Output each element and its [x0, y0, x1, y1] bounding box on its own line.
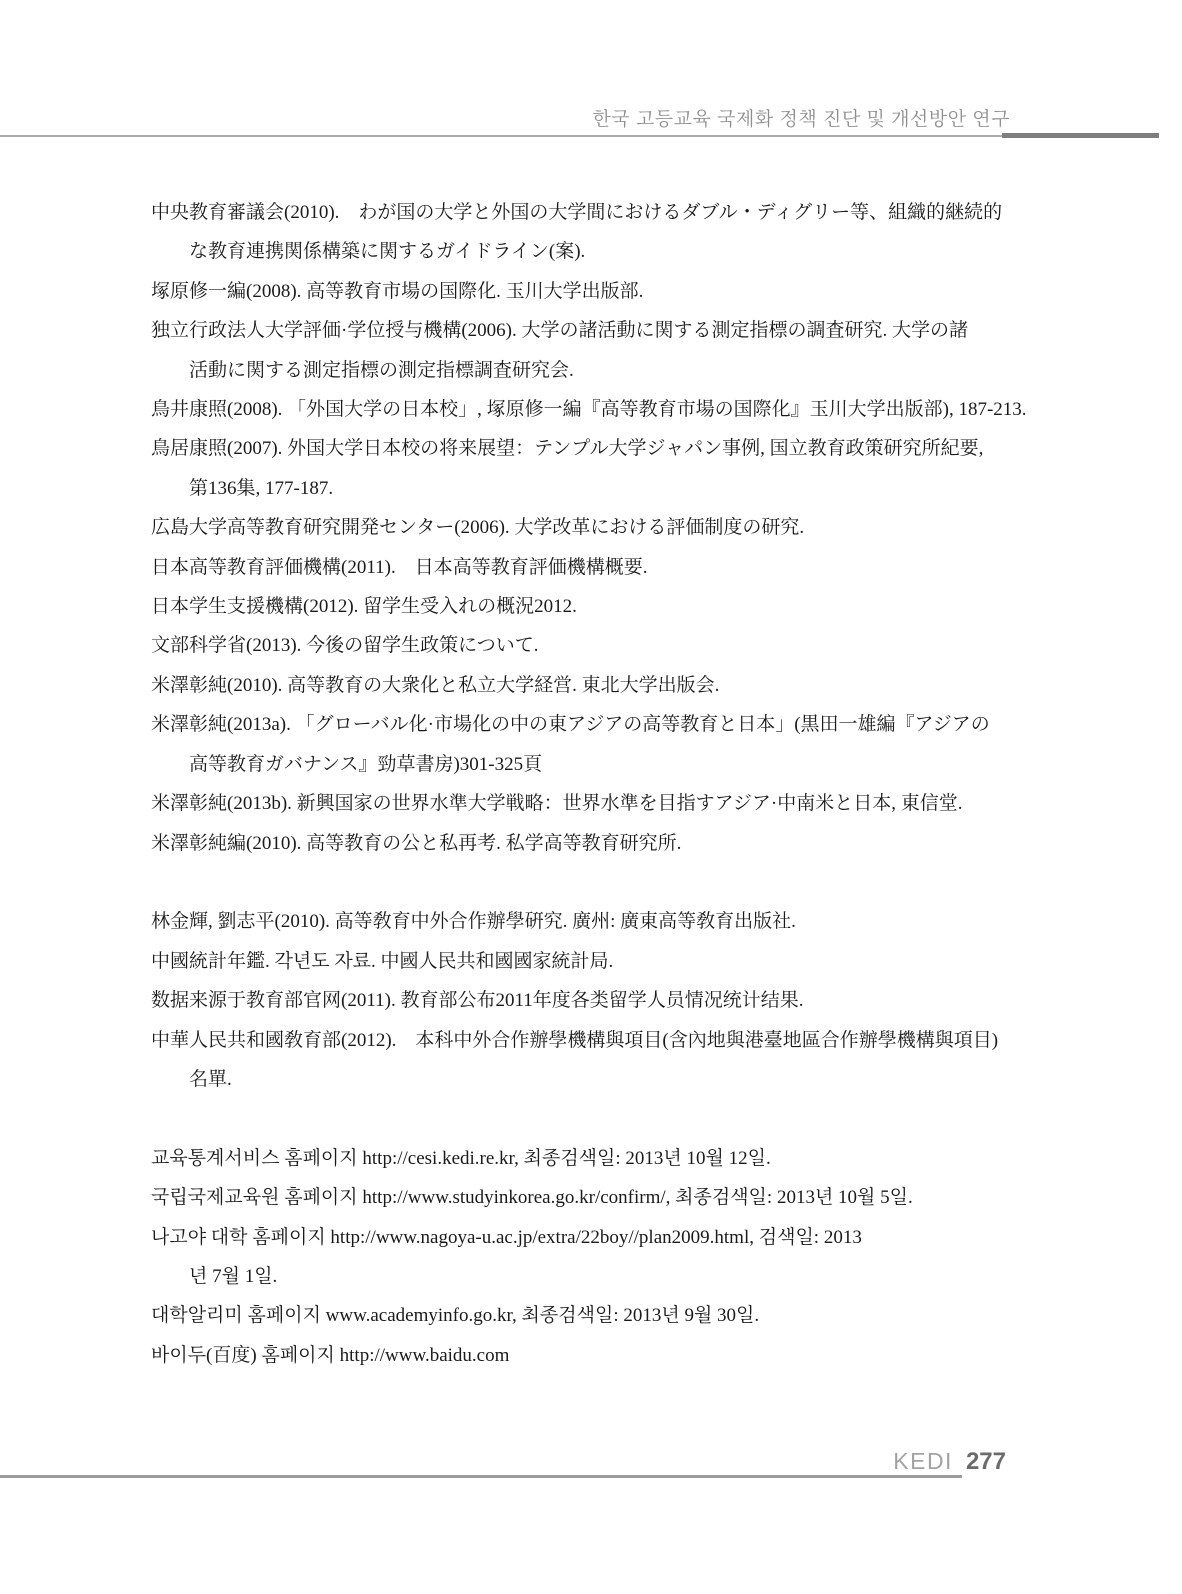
reference-section-korean-websites: 교육통계서비스 홈페이지 http://cesi.kedi.re.kr, 최종검…	[151, 1139, 1051, 1375]
reference-line: 교육통계서비스 홈페이지 http://cesi.kedi.re.kr, 최종검…	[151, 1139, 1051, 1178]
reference-line: 数据来源于教育部官网(2011). 教育部公布2011年度各类留学人员情况统计结…	[151, 981, 1051, 1020]
reference-item: 中華人民共和國敎育部(2012). 本科中外合作辦學機構與項目(含內地與港臺地區…	[151, 1021, 1051, 1100]
reference-item: 鳥井康照(2008). 「外国大学の日本校」, 塚原修一編『高等教育市場の国際化…	[151, 390, 1051, 429]
reference-line-continuation: 活動に関する測定指標の測定指標調査研究会.	[151, 351, 1051, 390]
reference-line-continuation: 년 7월 1일.	[151, 1257, 1051, 1296]
reference-line: 文部科学省(2013). 今後の留学生政策について.	[151, 626, 1051, 665]
reference-item: 林金輝, 劉志平(2010). 高等敎育中外合作辦學硏究. 廣州: 廣東高等敎育…	[151, 902, 1051, 941]
reference-line: 米澤彰純(2010). 高等教育の大衆化と私立大学経営. 東北大学出版会.	[151, 666, 1051, 705]
reference-line: 鳥居康照(2007). 外国大学日本校の将来展望：テンプル大学ジャパン事例, 国…	[151, 429, 1051, 468]
reference-item: 日本高等教育評価機構(2011). 日本高等教育評価機構概要.	[151, 548, 1051, 587]
footer-text: KEDI 277	[893, 1448, 1006, 1476]
reference-line: 나고야 대학 홈페이지 http://www.nagoya-u.ac.jp/ex…	[151, 1218, 1051, 1257]
running-title: 한국 고등교육 국제화 정책 진단 및 개선방안 연구	[592, 108, 1010, 132]
reference-line: 米澤彰純(2013a). 「グローバル化·市場化の中の東アジアの高等教育と日本」…	[151, 705, 1051, 744]
reference-item: 塚原修一編(2008). 高等教育市場の国際化. 玉川大学出版部.	[151, 272, 1051, 311]
reference-item: 米澤彰純(2010). 高等教育の大衆化と私立大学経営. 東北大学出版会.	[151, 666, 1051, 705]
reference-item: 日本学生支援機構(2012). 留学生受入れの概況2012.	[151, 587, 1051, 626]
reference-line: 米澤彰純編(2010). 高等教育の公と私再考. 私学高等教育研究所.	[151, 824, 1051, 863]
reference-item: 米澤彰純編(2010). 高等教育の公と私再考. 私学高等教育研究所.	[151, 824, 1051, 863]
reference-item: 대학알리미 홈페이지 www.academyinfo.go.kr, 최종검색일:…	[151, 1296, 1051, 1335]
publisher-logo-text: KEDI	[893, 1448, 953, 1475]
footer-rule	[0, 1475, 962, 1478]
reference-item: 広島大学高等教育研究開発センター(2006). 大学改革における評価制度の研究.	[151, 508, 1051, 547]
reference-line: 中國統計年鑑. 각년도 자료. 中國人民共和國國家統計局.	[151, 942, 1051, 981]
header-accent-bar	[1002, 133, 1159, 138]
reference-item: 바이두(百度) 홈페이지 http://www.baidu.com	[151, 1336, 1051, 1375]
reference-line: 広島大学高等教育研究開発センター(2006). 大学改革における評価制度の研究.	[151, 508, 1051, 547]
reference-line: 米澤彰純(2013b). 新興国家の世界水準大学戦略：世界水準を目指すアジア·中…	[151, 784, 1051, 823]
reference-line: 鳥井康照(2008). 「外国大学の日本校」, 塚原修一編『高等教育市場の国際化…	[151, 390, 1051, 429]
reference-line-continuation: 第136集, 177-187.	[151, 469, 1051, 508]
reference-line: 대학알리미 홈페이지 www.academyinfo.go.kr, 최종검색일:…	[151, 1296, 1051, 1335]
reference-item: 米澤彰純(2013b). 新興国家の世界水準大学戦略：世界水準を目指すアジア·中…	[151, 784, 1051, 823]
reference-line: 국립국제교육원 홈페이지 http://www.studyinkorea.go.…	[151, 1178, 1051, 1217]
reference-item: 文部科学省(2013). 今後の留学生政策について.	[151, 626, 1051, 665]
reference-item: 나고야 대학 홈페이지 http://www.nagoya-u.ac.jp/ex…	[151, 1218, 1051, 1297]
reference-section-chinese: 林金輝, 劉志平(2010). 高等敎育中外合作辦學硏究. 廣州: 廣東高等敎育…	[151, 902, 1051, 1099]
reference-line: 塚原修一編(2008). 高等教育市場の国際化. 玉川大学出版部.	[151, 272, 1051, 311]
reference-item: 数据来源于教育部官网(2011). 教育部公布2011年度各类留学人员情况统计结…	[151, 981, 1051, 1020]
reference-line-continuation: 高等教育ガバナンス』勁草書房)301-325頁	[151, 745, 1051, 784]
reference-line-continuation: 名單.	[151, 1060, 1051, 1099]
reference-line: 林金輝, 劉志平(2010). 高等敎育中外合作辦學硏究. 廣州: 廣東高等敎育…	[151, 902, 1051, 941]
document-page: 한국 고등교육 국제화 정책 진단 및 개선방안 연구 中央教育審議会(2010…	[0, 0, 1182, 1594]
reference-item: 국립국제교육원 홈페이지 http://www.studyinkorea.go.…	[151, 1178, 1051, 1217]
reference-item: 米澤彰純(2013a). 「グローバル化·市場化の中の東アジアの高等教育と日本」…	[151, 705, 1051, 784]
page-number: 277	[966, 1448, 1006, 1476]
reference-line: 中華人民共和國敎育部(2012). 本科中外合作辦學機構與項目(含內地與港臺地區…	[151, 1021, 1051, 1060]
reference-item: 独立行政法人大学評価·学位授与機構(2006). 大学の諸活動に関する測定指標の…	[151, 311, 1051, 390]
reference-item: 교육통계서비스 홈페이지 http://cesi.kedi.re.kr, 최종검…	[151, 1139, 1051, 1178]
reference-line: 바이두(百度) 홈페이지 http://www.baidu.com	[151, 1336, 1051, 1375]
reference-line: 日本学生支援機構(2012). 留学生受入れの概況2012.	[151, 587, 1051, 626]
reference-line: 日本高等教育評価機構(2011). 日本高等教育評価機構概要.	[151, 548, 1051, 587]
references: 中央教育審議会(2010). わが国の大学と外国の大学間におけるダブル・ディグリ…	[151, 193, 1051, 1375]
header-rule	[0, 135, 1004, 137]
reference-section-japanese: 中央教育審議会(2010). わが国の大学と外国の大学間におけるダブル・ディグリ…	[151, 193, 1051, 863]
reference-item: 中國統計年鑑. 각년도 자료. 中國人民共和國國家統計局.	[151, 942, 1051, 981]
reference-item: 鳥居康照(2007). 外国大学日本校の将来展望：テンプル大学ジャパン事例, 国…	[151, 429, 1051, 508]
reference-item: 中央教育審議会(2010). わが国の大学と外国の大学間におけるダブル・ディグリ…	[151, 193, 1051, 272]
reference-line-continuation: な教育連携関係構築に関するガイドライン(案).	[151, 232, 1051, 271]
reference-line: 独立行政法人大学評価·学位授与機構(2006). 大学の諸活動に関する測定指標の…	[151, 311, 1051, 350]
reference-line: 中央教育審議会(2010). わが国の大学と外国の大学間におけるダブル・ディグリ…	[151, 193, 1051, 232]
